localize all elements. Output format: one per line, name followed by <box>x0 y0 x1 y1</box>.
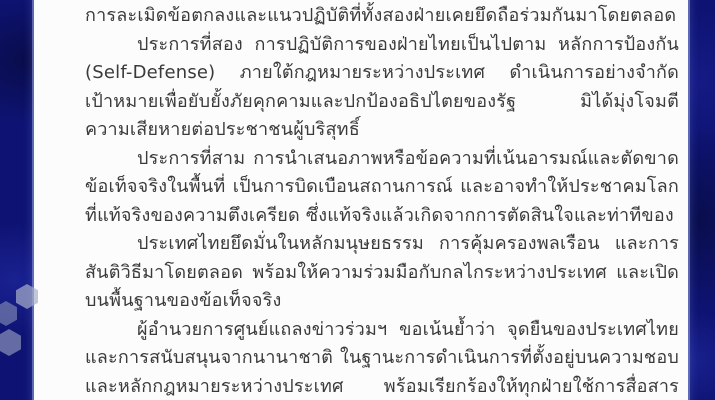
text-line: การละเมิดข้อตกลงและแนวปฏิบัติที่ทั้งสองฝ… <box>85 2 679 31</box>
text-line: และหลักกฎหมายระหว่างประเทศ พร้อมเรียกร้อ… <box>85 373 679 400</box>
text-line: ประเทศไทยยึดมั่นในหลักมนุษยธรรม การคุ้มค… <box>85 230 679 259</box>
document-panel: การละเมิดข้อตกลงและแนวปฏิบัติที่ทั้งสองฝ… <box>34 0 688 400</box>
statement-screenshot: การละเมิดข้อตกลงและแนวปฏิบัติที่ทั้งสองฝ… <box>0 0 715 400</box>
text-line: ประการที่สอง การปฏิบัติการของฝ่ายไทยเป็น… <box>85 31 679 60</box>
statement-text-block: การละเมิดข้อตกลงและแนวปฏิบัติที่ทั้งสองฝ… <box>85 2 679 400</box>
text-line: เป้าหมายเพื่อยับยั้งภัยคุกคามและปกป้องอธ… <box>85 88 679 117</box>
text-line: ประการที่สาม การนำเสนอภาพหรือข้อความที่เ… <box>85 145 679 174</box>
text-line: สันติวิธีมาโดยตลอด พร้อมให้ความร่วมมือกั… <box>85 259 679 288</box>
text-line: (Self-Defense) ภายใต้กฎหมายระหว่างประเทศ… <box>85 59 679 88</box>
hexagon-icon <box>0 301 17 326</box>
text-line: บนพื้นฐานของข้อเท็จจริง <box>85 287 679 316</box>
text-line: ผู้อำนวยการศูนย์แถลงข่าวร่วมฯ ขอเน้นย้ำว… <box>85 316 679 345</box>
text-line: ความเสียหายต่อประชาชนผู้บริสุทธิ์ <box>85 116 679 145</box>
text-line: และการสนับสนุนจากนานาชาติ ในฐานะการดำเนิ… <box>85 344 679 373</box>
text-line: ที่แท้จริงของความตึงเครียด ซึ่งแท้จริงแล… <box>85 202 679 231</box>
hexagon-icon <box>0 329 21 356</box>
text-line: ข้อเท็จจริงในพื้นที่ เป็นการบิดเบือนสถาน… <box>85 173 679 202</box>
